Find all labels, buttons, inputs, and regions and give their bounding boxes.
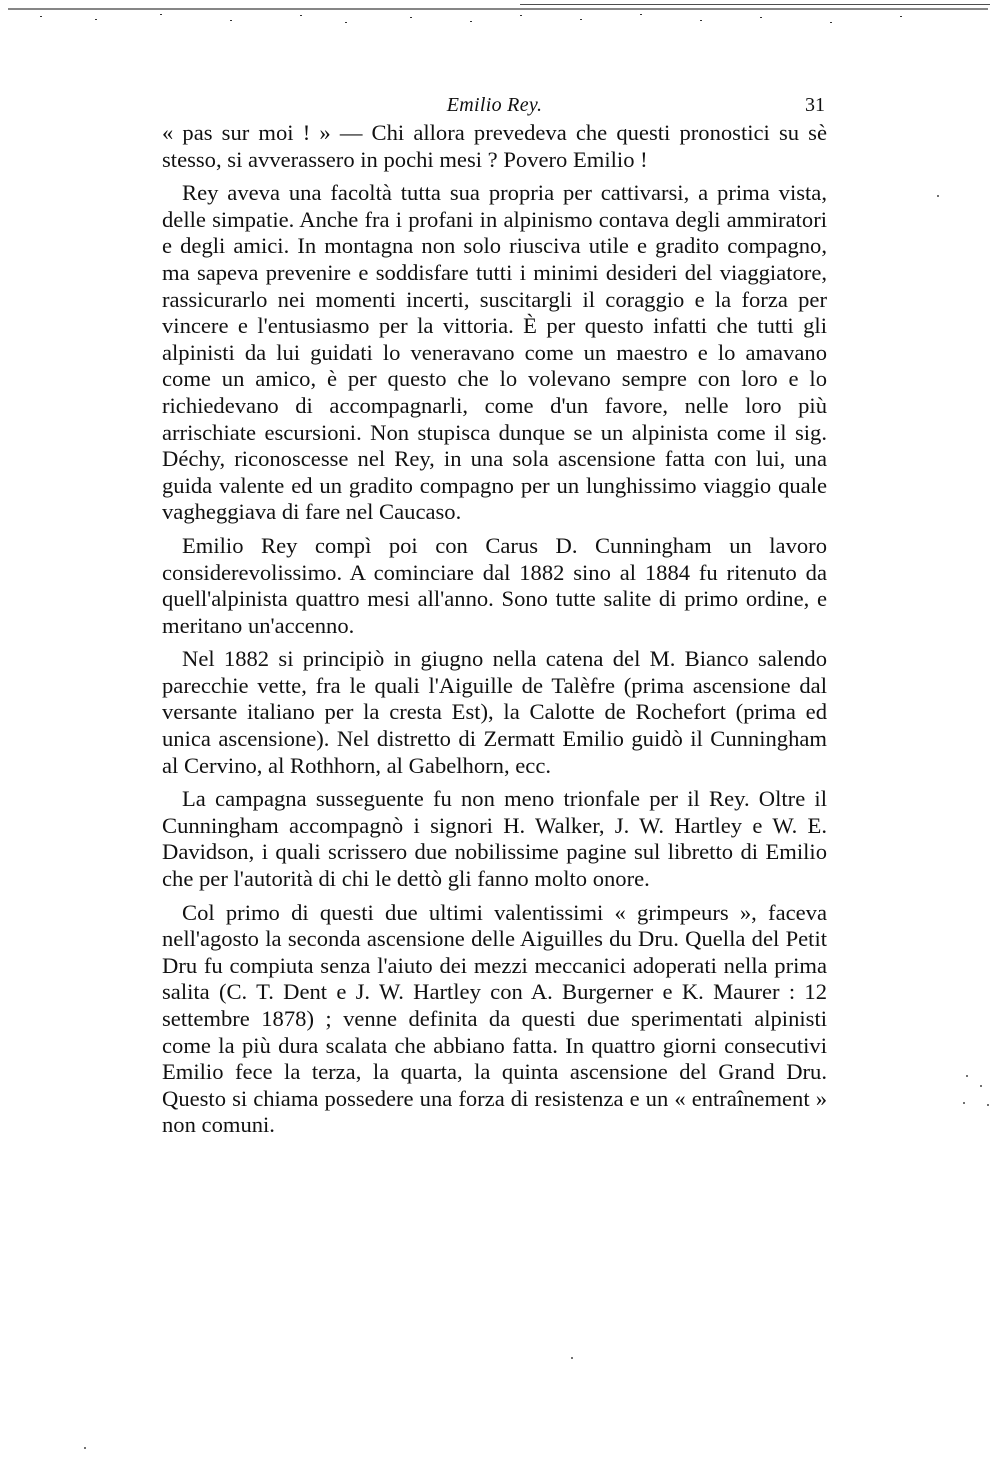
paragraph-continuation: « pas sur moi ! » — Chi allora prevedeva…	[162, 120, 827, 173]
paragraph-following-campaign: La campagna susseguente fu non meno trio…	[162, 786, 827, 892]
margin-speck	[84, 1447, 86, 1449]
paragraph-dru-ascents: Col primo di questi due ultimi valentiss…	[162, 900, 827, 1139]
margin-speck	[987, 1104, 989, 1106]
margin-speck	[571, 1357, 573, 1359]
paragraph-cunningham: Emilio Rey compì poi con Carus D. Cunnin…	[162, 533, 827, 639]
running-head: Emilio Rey. 31	[162, 90, 827, 120]
margin-speck	[963, 1102, 965, 1104]
scan-edge-artifact	[0, 0, 1000, 30]
margin-speck	[980, 1085, 982, 1087]
margin-speck	[966, 1075, 968, 1077]
paragraph-1882-campaign: Nel 1882 si principiò in giugno nella ca…	[162, 646, 827, 779]
book-page: Emilio Rey. 31 « pas sur moi ! » — Chi a…	[162, 90, 827, 1146]
running-title: Emilio Rey.	[162, 94, 827, 117]
page-number: 31	[805, 94, 825, 117]
body-text: « pas sur moi ! » — Chi allora prevedeva…	[162, 120, 827, 1139]
margin-speck	[937, 195, 939, 197]
paragraph-rey-character: Rey aveva una facoltà tutta sua propria …	[162, 180, 827, 526]
